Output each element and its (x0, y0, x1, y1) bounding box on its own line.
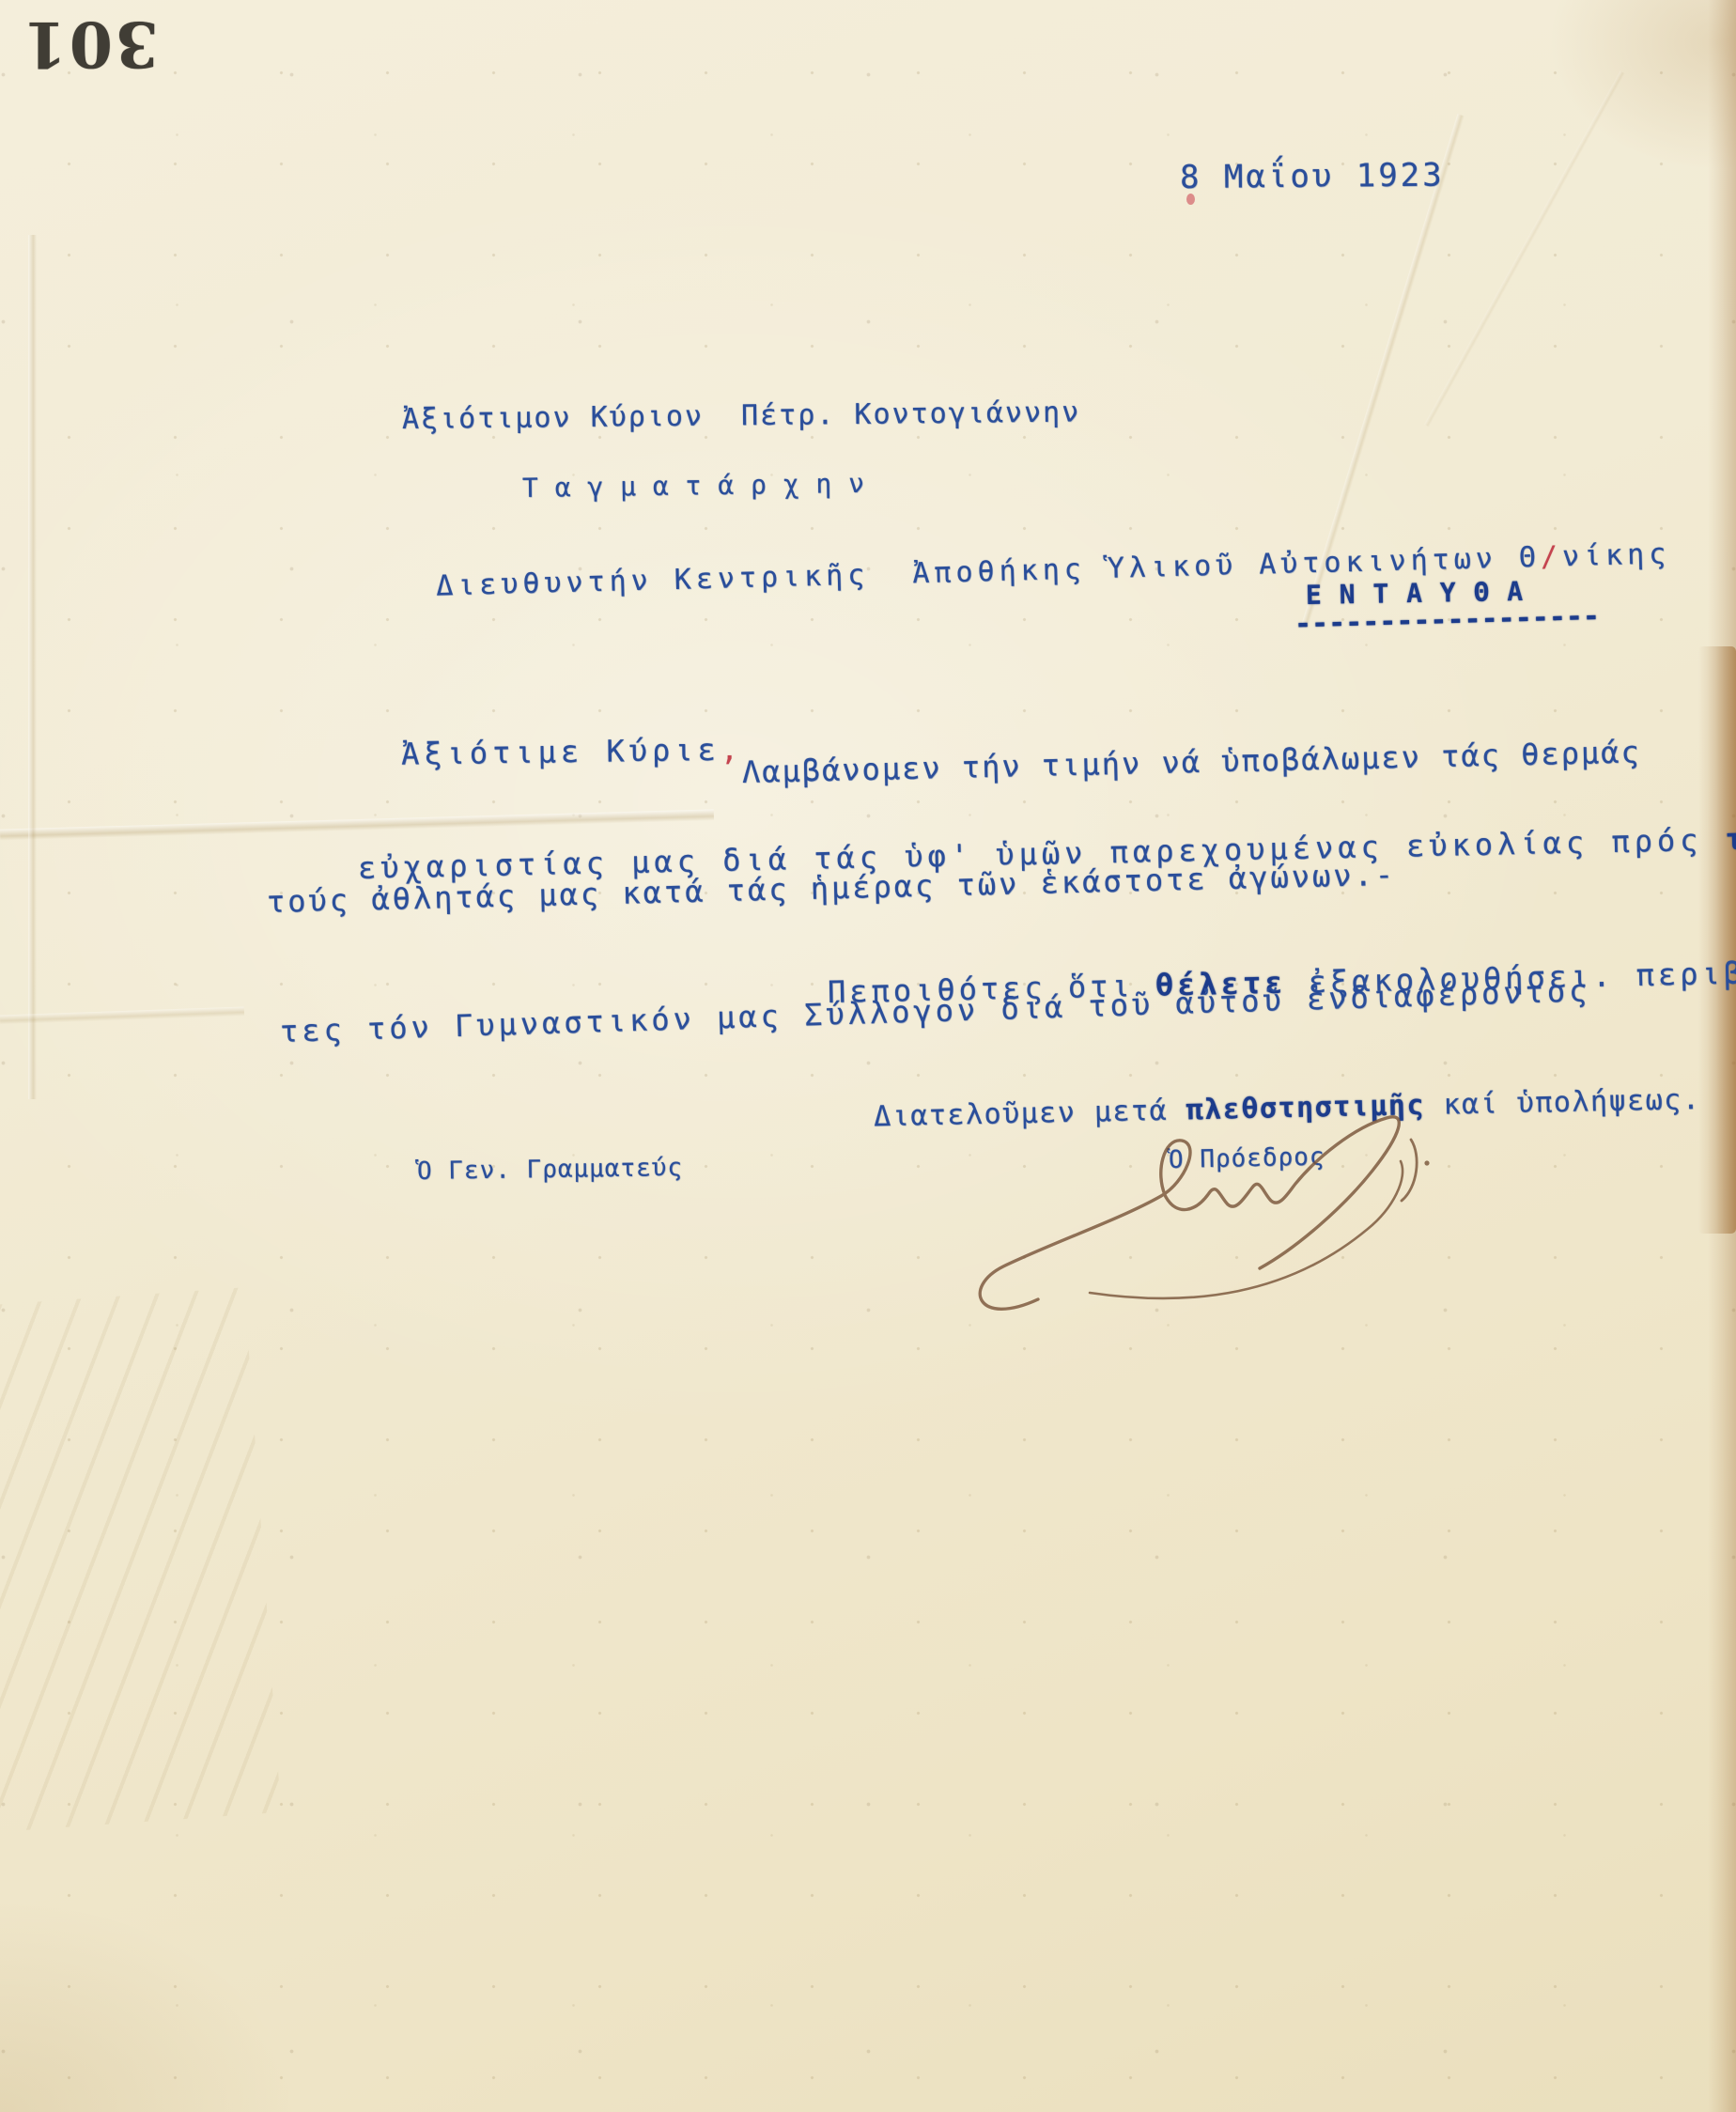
letter-page: 301 8 Μαΐου 1923 Ἀξιότιμον Κύριον Πέτρ. … (0, 0, 1736, 2112)
addressee-rank-line: Τ α γ μ α τ ά ρ χ η ν (522, 471, 865, 502)
addressee-name-line: Ἀξιότιμον Κύριον Πέτρ. Κοντογιάννην (402, 398, 1080, 434)
paper-crease-topright-2 (1424, 71, 1625, 427)
president-signature (949, 1107, 1475, 1332)
red-comma: , (720, 732, 743, 768)
body-line-1: Λαμβάνομεν τήν τιμήν νά ὑποβάλωμεν τάς θ… (742, 737, 1641, 787)
overstruck-characters: το (1725, 820, 1736, 857)
paper-crinkle-bottomleft (0, 1287, 281, 1832)
page-number-stamp: 301 (21, 8, 159, 81)
salutation: Ἀξιότιμε Κύριε, (309, 705, 743, 800)
paper-crease-vertical-left (28, 235, 37, 1099)
letter-date: 8 Μαΐου 1923 (1180, 160, 1445, 194)
paper-crease-lower-left (0, 1006, 244, 1024)
addressee-title-city: νίκης (1562, 537, 1671, 573)
red-slash: / (1540, 540, 1562, 574)
salutation-text: Ἀξιότιμε Κύριε (401, 732, 721, 772)
paper-speckle-texture (0, 0, 1736, 2112)
entautha-underline: ------------------ (1294, 602, 1601, 639)
secretary-label: Ὁ Γεν. Γραμματεύς (417, 1156, 683, 1184)
